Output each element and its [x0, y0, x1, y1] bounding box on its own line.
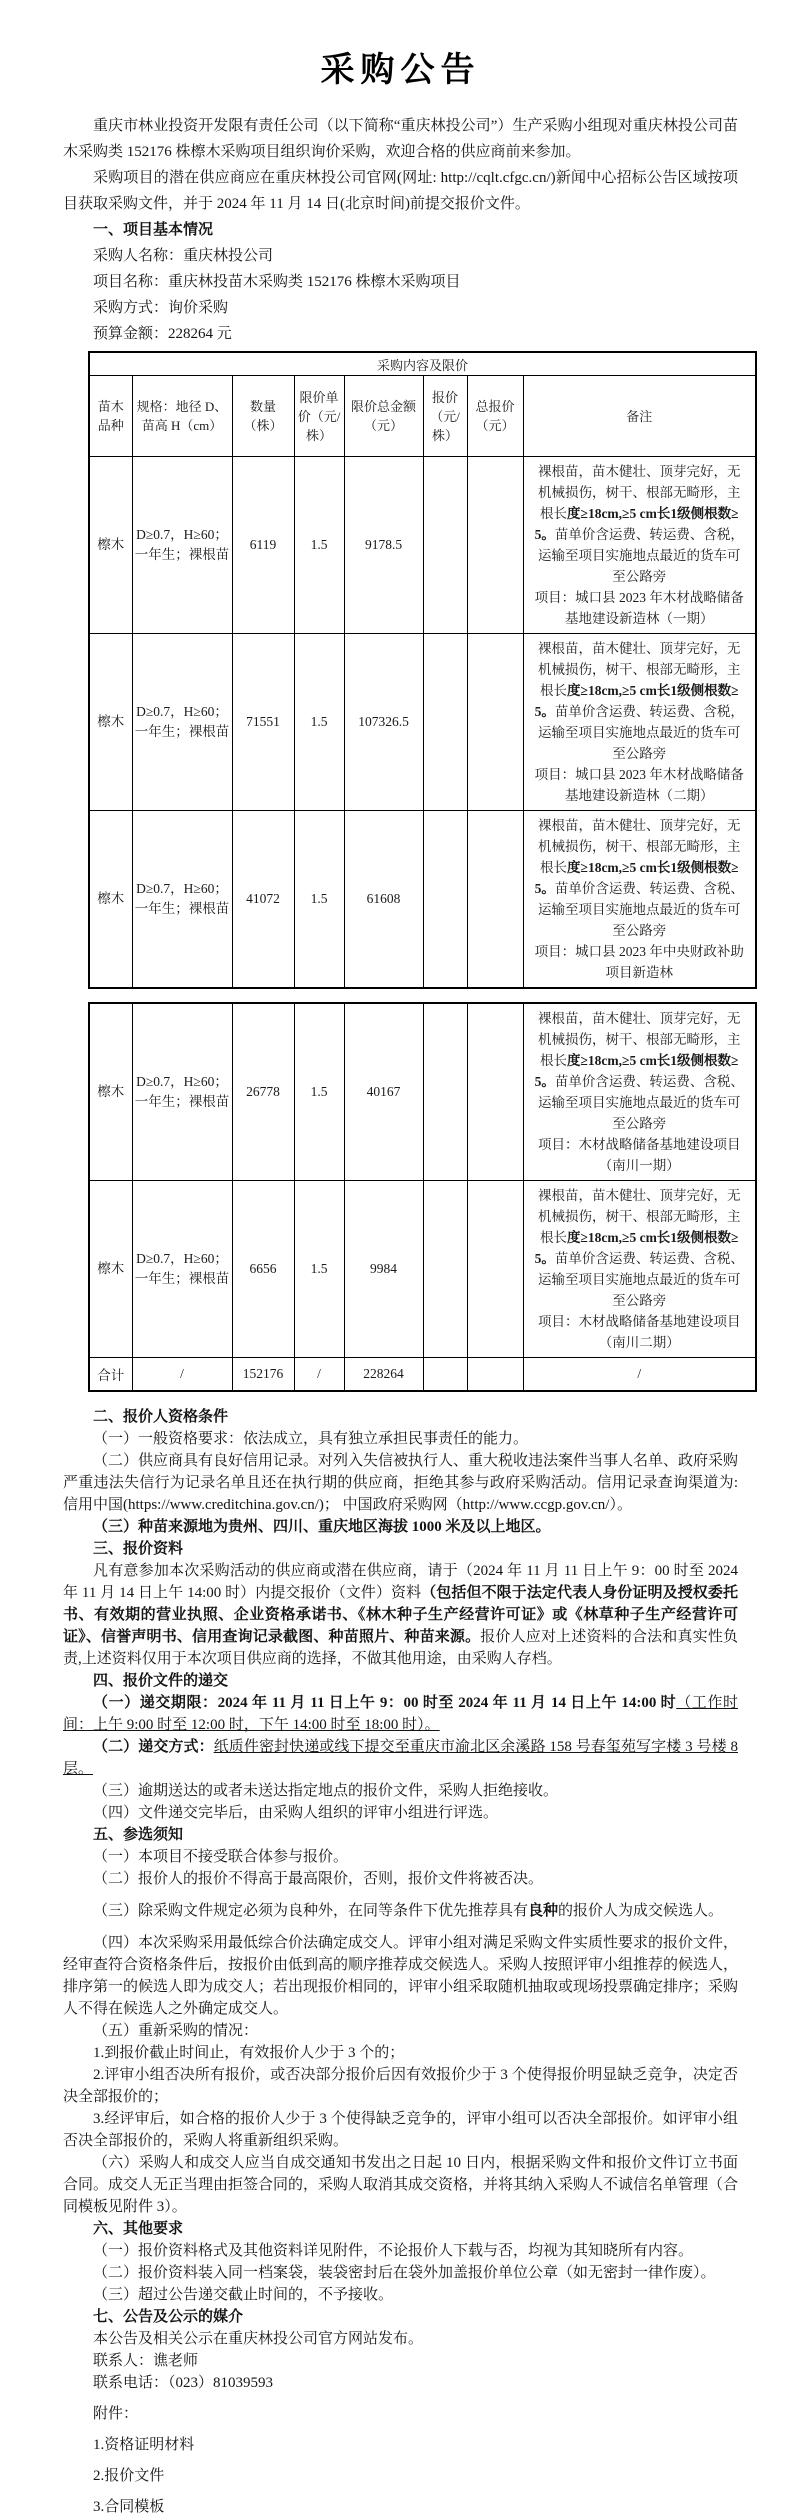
attachment-item-1: 1.资格证明材料: [63, 2434, 738, 2456]
cell-bid-total: [467, 1003, 523, 1181]
cell-limit-total: 107326.5: [344, 634, 423, 811]
cell-spec: D≥0.7，H≥60；一年生；裸根苗: [132, 1181, 232, 1358]
cell-bid-price: [423, 1003, 467, 1181]
intro-paragraph-1: 重庆市林业投资开发限有责任公司（以下简称“重庆林投公司”）生产采购小组现对重庆林…: [63, 113, 738, 165]
table-header-row: 苗木品种 规格：地径 D、苗高 H（cm） 数量（株） 限价单价（元/株） 限价…: [89, 376, 756, 457]
project-name: 项目名称：重庆林投苗木采购类 152176 株檫木采购项目: [63, 269, 738, 295]
cell-limit-unit-price: 1.5: [294, 811, 344, 989]
cell-limit-total: 61608: [344, 811, 423, 989]
section5-item-6: 1.到报价截止时间止，有效报价人少于 3 个的；: [63, 2042, 738, 2064]
cell-limit-total: 40167: [344, 1003, 423, 1181]
table-row: 檫木 D≥0.7，H≥60；一年生；裸根苗 26778 1.5 40167 裸根…: [89, 1003, 756, 1181]
section5-item-8: 3.经评审后，如合格的报价人少于 3 个使得缺乏竞争的，评审小组可以否决全部报价…: [63, 2108, 738, 2152]
cell-qty: 6119: [232, 457, 294, 634]
total-bid-total: [467, 1358, 523, 1392]
col-limit-total: 限价总金额（元）: [344, 376, 423, 457]
contact-person: 联系人：谯老师: [63, 2350, 738, 2372]
section6-item-3: （三）超过公告递交截止时间的，不予接收。: [63, 2284, 738, 2306]
cell-spec: D≥0.7，H≥60；一年生；裸根苗: [132, 1003, 232, 1181]
col-remark: 备注: [523, 376, 756, 457]
cell-spec: D≥0.7，H≥60；一年生；裸根苗: [132, 811, 232, 989]
cell-remark: 裸根苗，苗木健壮、顶芽完好，无机械损伤，树干、根部无畸形，主根长度≥18cm,≥…: [523, 634, 756, 811]
cell-limit-unit-price: 1.5: [294, 634, 344, 811]
col-spec: 规格：地径 D、苗高 H（cm）: [132, 376, 232, 457]
attachment-item-3: 3.合同模板: [63, 2496, 738, 2515]
section2-heading: 二、报价人资格条件: [63, 1406, 738, 1428]
cell-bid-price: [423, 457, 467, 634]
total-bid: [423, 1358, 467, 1392]
section5-item-4: （四）本次采购采用最低综合价法确定成交人。评审小组对满足采购文件实质性要求的报价…: [63, 1932, 738, 2020]
section2-item-1: （一）一般资格要求：依法成立，具有独立承担民事责任的能力。: [63, 1428, 738, 1450]
cell-bid-price: [423, 1181, 467, 1358]
section6-item-2: （二）报价资料装入同一档案袋，装袋密封后在袋外加盖报价单位公章（如无密封一律作废…: [63, 2262, 738, 2284]
cell-bid-total: [467, 457, 523, 634]
total-label: 合计: [89, 1358, 132, 1392]
publish-media: 本公告及相关公示在重庆林投公司官方网站发布。: [63, 2328, 738, 2350]
col-qty: 数量（株）: [232, 376, 294, 457]
table-row: 檫木 D≥0.7，H≥60；一年生；裸根苗 71551 1.5 107326.5…: [89, 634, 756, 811]
cell-spec: D≥0.7，H≥60；一年生；裸根苗: [132, 634, 232, 811]
cell-bid-total: [467, 1181, 523, 1358]
total-spec: /: [132, 1358, 232, 1392]
total-unit: /: [294, 1358, 344, 1392]
section5-item-3: （三）除采购文件规定必须为良种外，在同等条件下优先推荐具有良种的报价人为成交候选…: [63, 1900, 738, 1922]
total-remark: /: [523, 1358, 756, 1392]
procurement-method: 采购方式：询价采购: [63, 295, 738, 321]
section3-body: 凡有意参加本次采购活动的供应商或潜在供应商，请于（2024 年 11 月 11 …: [63, 1560, 738, 1670]
section5-item-2: （二）报价人的报价不得高于最高限价，否则，报价文件将被否决。: [63, 1868, 738, 1890]
section2-item-2: （二）供应商具有良好信用记录。对列入失信被执行人、重大税收违法案件当事人名单、政…: [63, 1450, 738, 1516]
attachment-item-2: 2.报价文件: [63, 2465, 738, 2487]
section4-item-4: （四）文件递交完毕后，由采购人组织的评审小组进行评选。: [63, 1802, 738, 1824]
section4-item-3: （三）逾期送达的或者未送达指定地点的报价文件，采购人拒绝接收。: [63, 1780, 738, 1802]
table-row: 檫木 D≥0.7，H≥60；一年生；裸根苗 6656 1.5 9984 裸根苗，…: [89, 1181, 756, 1358]
cell-limit-unit-price: 1.5: [294, 1003, 344, 1181]
procurement-table-part1: 采购内容及限价 苗木品种 规格：地径 D、苗高 H（cm） 数量（株） 限价单价…: [88, 351, 757, 989]
cell-bid-total: [467, 811, 523, 989]
cell-remark: 裸根苗，苗木健壮、顶芽完好，无机械损伤，树干、根部无畸形，主根长度≥18cm,≥…: [523, 457, 756, 634]
budget-amount: 预算金额：228264 元: [63, 321, 738, 347]
table-total-row: 合计 / 152176 / 228264 /: [89, 1358, 756, 1392]
cell-limit-unit-price: 1.5: [294, 457, 344, 634]
contact-phone: 联系电话：（023）81039593: [63, 2372, 738, 2394]
cell-bid-price: [423, 634, 467, 811]
cell-bid-total: [467, 634, 523, 811]
section4-item-1: （一）递交期限：2024 年 11 月 11 日上午 9：00 时至 2024 …: [63, 1692, 738, 1736]
document-page: 采购公告 重庆市林业投资开发限有责任公司（以下简称“重庆林投公司”）生产采购小组…: [0, 42, 800, 2515]
section5-item-9: （六）采购人和成交人应当自成交通知书发出之日起 10 日内，根据采购文件和报价文…: [63, 2152, 738, 2218]
col-bid-price: 报价（元/株）: [423, 376, 467, 457]
cell-limit-total: 9178.5: [344, 457, 423, 634]
section5-heading: 五、参选须知: [63, 1824, 738, 1846]
cell-qty: 6656: [232, 1181, 294, 1358]
total-qty: 152176: [232, 1358, 294, 1392]
cell-qty: 26778: [232, 1003, 294, 1181]
table-row: 檫木 D≥0.7，H≥60；一年生；裸根苗 41072 1.5 61608 裸根…: [89, 811, 756, 989]
section5-item-5: （五）重新采购的情况：: [63, 2020, 738, 2042]
total-amount: 228264: [344, 1358, 423, 1392]
cell-remark: 裸根苗，苗木健壮、顶芽完好，无机械损伤，树干、根部无畸形，主根长度≥18cm,≥…: [523, 1181, 756, 1358]
cell-species: 檫木: [89, 811, 132, 989]
cell-qty: 71551: [232, 634, 294, 811]
page-title: 采购公告: [63, 42, 738, 91]
attachments-label: 附件：: [63, 2403, 738, 2425]
table-caption: 采购内容及限价: [89, 352, 756, 376]
intro-paragraph-2: 采购项目的潜在供应商应在重庆林投公司官网(网址: http://cqlt.cfg…: [63, 165, 738, 217]
cell-remark: 裸根苗，苗木健壮、顶芽完好，无机械损伤，树干、根部无畸形，主根长度≥18cm,≥…: [523, 1003, 756, 1181]
col-species: 苗木品种: [89, 376, 132, 457]
procurement-table-part2: 檫木 D≥0.7，H≥60；一年生；裸根苗 26778 1.5 40167 裸根…: [88, 1002, 757, 1392]
page-break-gap: [88, 989, 738, 1002]
procurement-table-wrap: 采购内容及限价 苗木品种 规格：地径 D、苗高 H（cm） 数量（株） 限价单价…: [88, 351, 738, 1392]
section3-heading: 三、报价资料: [63, 1538, 738, 1560]
cell-species: 檫木: [89, 1181, 132, 1358]
col-bid-total: 总报价（元）: [467, 376, 523, 457]
section6-heading: 六、其他要求: [63, 2218, 738, 2240]
cell-qty: 41072: [232, 811, 294, 989]
section1-heading: 一、项目基本情况: [63, 217, 738, 243]
section5-item-7: 2.评审小组否决所有报价，或否决部分报价后因有效报价少于 3 个使得报价明显缺乏…: [63, 2064, 738, 2108]
section2-item-3: （三）种苗来源地为贵州、四川、重庆地区海拔 1000 米及以上地区。: [63, 1516, 738, 1538]
cell-species: 檫木: [89, 457, 132, 634]
table-row: 檫木 D≥0.7，H≥60；一年生；裸根苗 6119 1.5 9178.5 裸根…: [89, 457, 756, 634]
cell-spec: D≥0.7，H≥60；一年生；裸根苗: [132, 457, 232, 634]
attachments: 附件： 1.资格证明材料 2.报价文件 3.合同模板: [63, 2403, 738, 2515]
cell-species: 檫木: [89, 634, 132, 811]
section4-item-2: （二）递交方式：纸质件密封快递或线下提交至重庆市渝北区余溪路 158 号春玺苑写…: [63, 1736, 738, 1780]
section4-heading: 四、报价文件的递交: [63, 1670, 738, 1692]
cell-limit-unit-price: 1.5: [294, 1181, 344, 1358]
col-limit-unit-price: 限价单价（元/株）: [294, 376, 344, 457]
cell-species: 檫木: [89, 1003, 132, 1181]
cell-limit-total: 9984: [344, 1181, 423, 1358]
section7-heading: 七、公告及公示的媒介: [63, 2306, 738, 2328]
cell-remark: 裸根苗，苗木健壮、顶芽完好，无机械损伤，树干、根部无畸形，主根长度≥18cm,≥…: [523, 811, 756, 989]
section6-item-1: （一）报价资料格式及其他资料详见附件，不论报价人下载与否，均视为其知晓所有内容。: [63, 2240, 738, 2262]
section2: 二、报价人资格条件 （一）一般资格要求：依法成立，具有独立承担民事责任的能力。 …: [63, 1406, 738, 2515]
section5-item-1: （一）本项目不接受联合体参与报价。: [63, 1846, 738, 1868]
buyer-name: 采购人名称：重庆林投公司: [63, 243, 738, 269]
cell-bid-price: [423, 811, 467, 989]
